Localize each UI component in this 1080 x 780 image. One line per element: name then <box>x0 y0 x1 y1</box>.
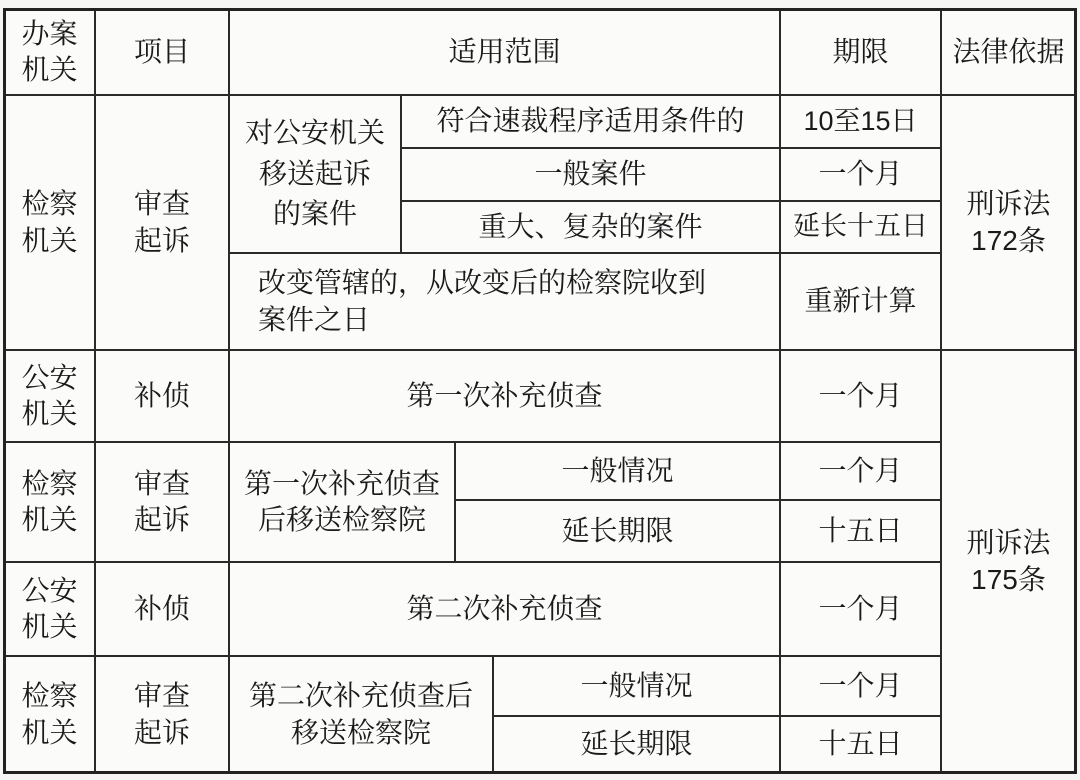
s3-item-line1: 审查 <box>134 466 190 502</box>
s1-scope-group-line1: 对公安机关 <box>245 113 385 154</box>
header-scope: 适用范围 <box>228 8 781 96</box>
s4-scope: 第二次补充侦查 <box>228 561 781 657</box>
s1-row2-scope: 一般案件 <box>400 147 781 202</box>
s1-agency-line1: 检察 <box>21 186 77 222</box>
s5-scope-group: 第二次补充侦查后 移送检察院 <box>228 655 494 774</box>
s5-row1-term: 一个月 <box>779 655 942 717</box>
s5-scope-group-line1: 第二次补充侦查后 <box>249 678 473 714</box>
s1-legal-basis: 刑诉法 172条 <box>940 94 1077 351</box>
s1-row1-term: 10至15日 <box>779 94 942 149</box>
header-item: 项目 <box>94 8 230 96</box>
s3-row2-term: 十五日 <box>779 499 942 563</box>
s1-item: 审查 起诉 <box>94 94 230 351</box>
legal-basis-175-line2: 175条 <box>971 562 1046 598</box>
s3-agency-line2: 机关 <box>21 502 77 538</box>
header-agency-line2: 机关 <box>21 52 77 88</box>
header-term: 期限 <box>779 8 942 96</box>
s2-term: 一个月 <box>779 349 942 443</box>
s1-agency: 检察 机关 <box>3 94 96 351</box>
s1-jurisdiction-line2: 案件之日 <box>258 302 370 338</box>
s5-item: 审查 起诉 <box>94 655 230 774</box>
s1-item-line2: 起诉 <box>134 223 190 259</box>
s5-row1-scope: 一般情况 <box>492 655 781 717</box>
s5-scope-group-line2: 移送检察院 <box>291 715 431 751</box>
header-legal-basis: 法律依据 <box>940 8 1077 96</box>
s3-scope-group-line2: 后移送检察院 <box>258 502 426 538</box>
header-agency: 办案 机关 <box>3 8 96 96</box>
s4-term: 一个月 <box>779 561 942 657</box>
s4-agency-line1: 公安 <box>21 573 77 609</box>
legal-basis-175-line1: 刑诉法 <box>966 525 1050 561</box>
s5-agency-line1: 检察 <box>21 678 77 714</box>
s4-agency: 公安 机关 <box>3 561 96 657</box>
s1-row1-scope: 符合速裁程序适用条件的 <box>400 94 781 149</box>
s1-row3-term: 延长十五日 <box>779 200 942 254</box>
s3-row2-scope: 延长期限 <box>454 499 781 563</box>
s1-legal-basis-line1: 刑诉法 <box>966 186 1050 222</box>
s3-agency-line1: 检察 <box>21 466 77 502</box>
header-agency-line1: 办案 <box>21 16 77 52</box>
s2-item: 补侦 <box>94 349 230 443</box>
s5-agency-line2: 机关 <box>21 715 77 751</box>
s1-scope-group-line3: 的案件 <box>273 194 357 235</box>
s5-item-line1: 审查 <box>134 678 190 714</box>
s2-agency-line2: 机关 <box>21 396 77 432</box>
s1-row3-scope: 重大、复杂的案件 <box>400 200 781 254</box>
s1-jurisdiction-line1: 改变管辖的，从改变后的检察院收到 <box>258 265 706 301</box>
s1-jurisdiction-term: 重新计算 <box>779 252 942 351</box>
s1-scope-group: 对公安机关 移送起诉 的案件 <box>228 94 402 254</box>
legal-basis-175: 刑诉法 175条 <box>940 349 1077 774</box>
s3-scope-group: 第一次补充侦查 后移送检察院 <box>228 441 456 563</box>
s2-scope: 第一次补充侦查 <box>228 349 781 443</box>
s5-agency: 检察 机关 <box>3 655 96 774</box>
s1-legal-basis-line2: 172条 <box>971 223 1046 259</box>
s1-row2-term: 一个月 <box>779 147 942 202</box>
s5-item-line2: 起诉 <box>134 715 190 751</box>
s4-item: 补侦 <box>94 561 230 657</box>
s3-item-line2: 起诉 <box>134 502 190 538</box>
s3-row1-term: 一个月 <box>779 441 942 501</box>
s3-item: 审查 起诉 <box>94 441 230 563</box>
s5-row2-scope: 延长期限 <box>492 715 781 774</box>
s1-scope-group-line2: 移送起诉 <box>259 154 371 195</box>
s2-agency: 公安 机关 <box>3 349 96 443</box>
s4-agency-line2: 机关 <box>21 609 77 645</box>
s1-jurisdiction-change: 改变管辖的，从改变后的检察院收到 案件之日 <box>228 252 781 351</box>
s5-row2-term: 十五日 <box>779 715 942 774</box>
s3-scope-group-line1: 第一次补充侦查 <box>244 466 440 502</box>
s1-item-line1: 审查 <box>134 186 190 222</box>
s3-row1-scope: 一般情况 <box>454 441 781 501</box>
s3-agency: 检察 机关 <box>3 441 96 563</box>
s2-agency-line1: 公安 <box>21 360 77 396</box>
s1-agency-line2: 机关 <box>21 223 77 259</box>
